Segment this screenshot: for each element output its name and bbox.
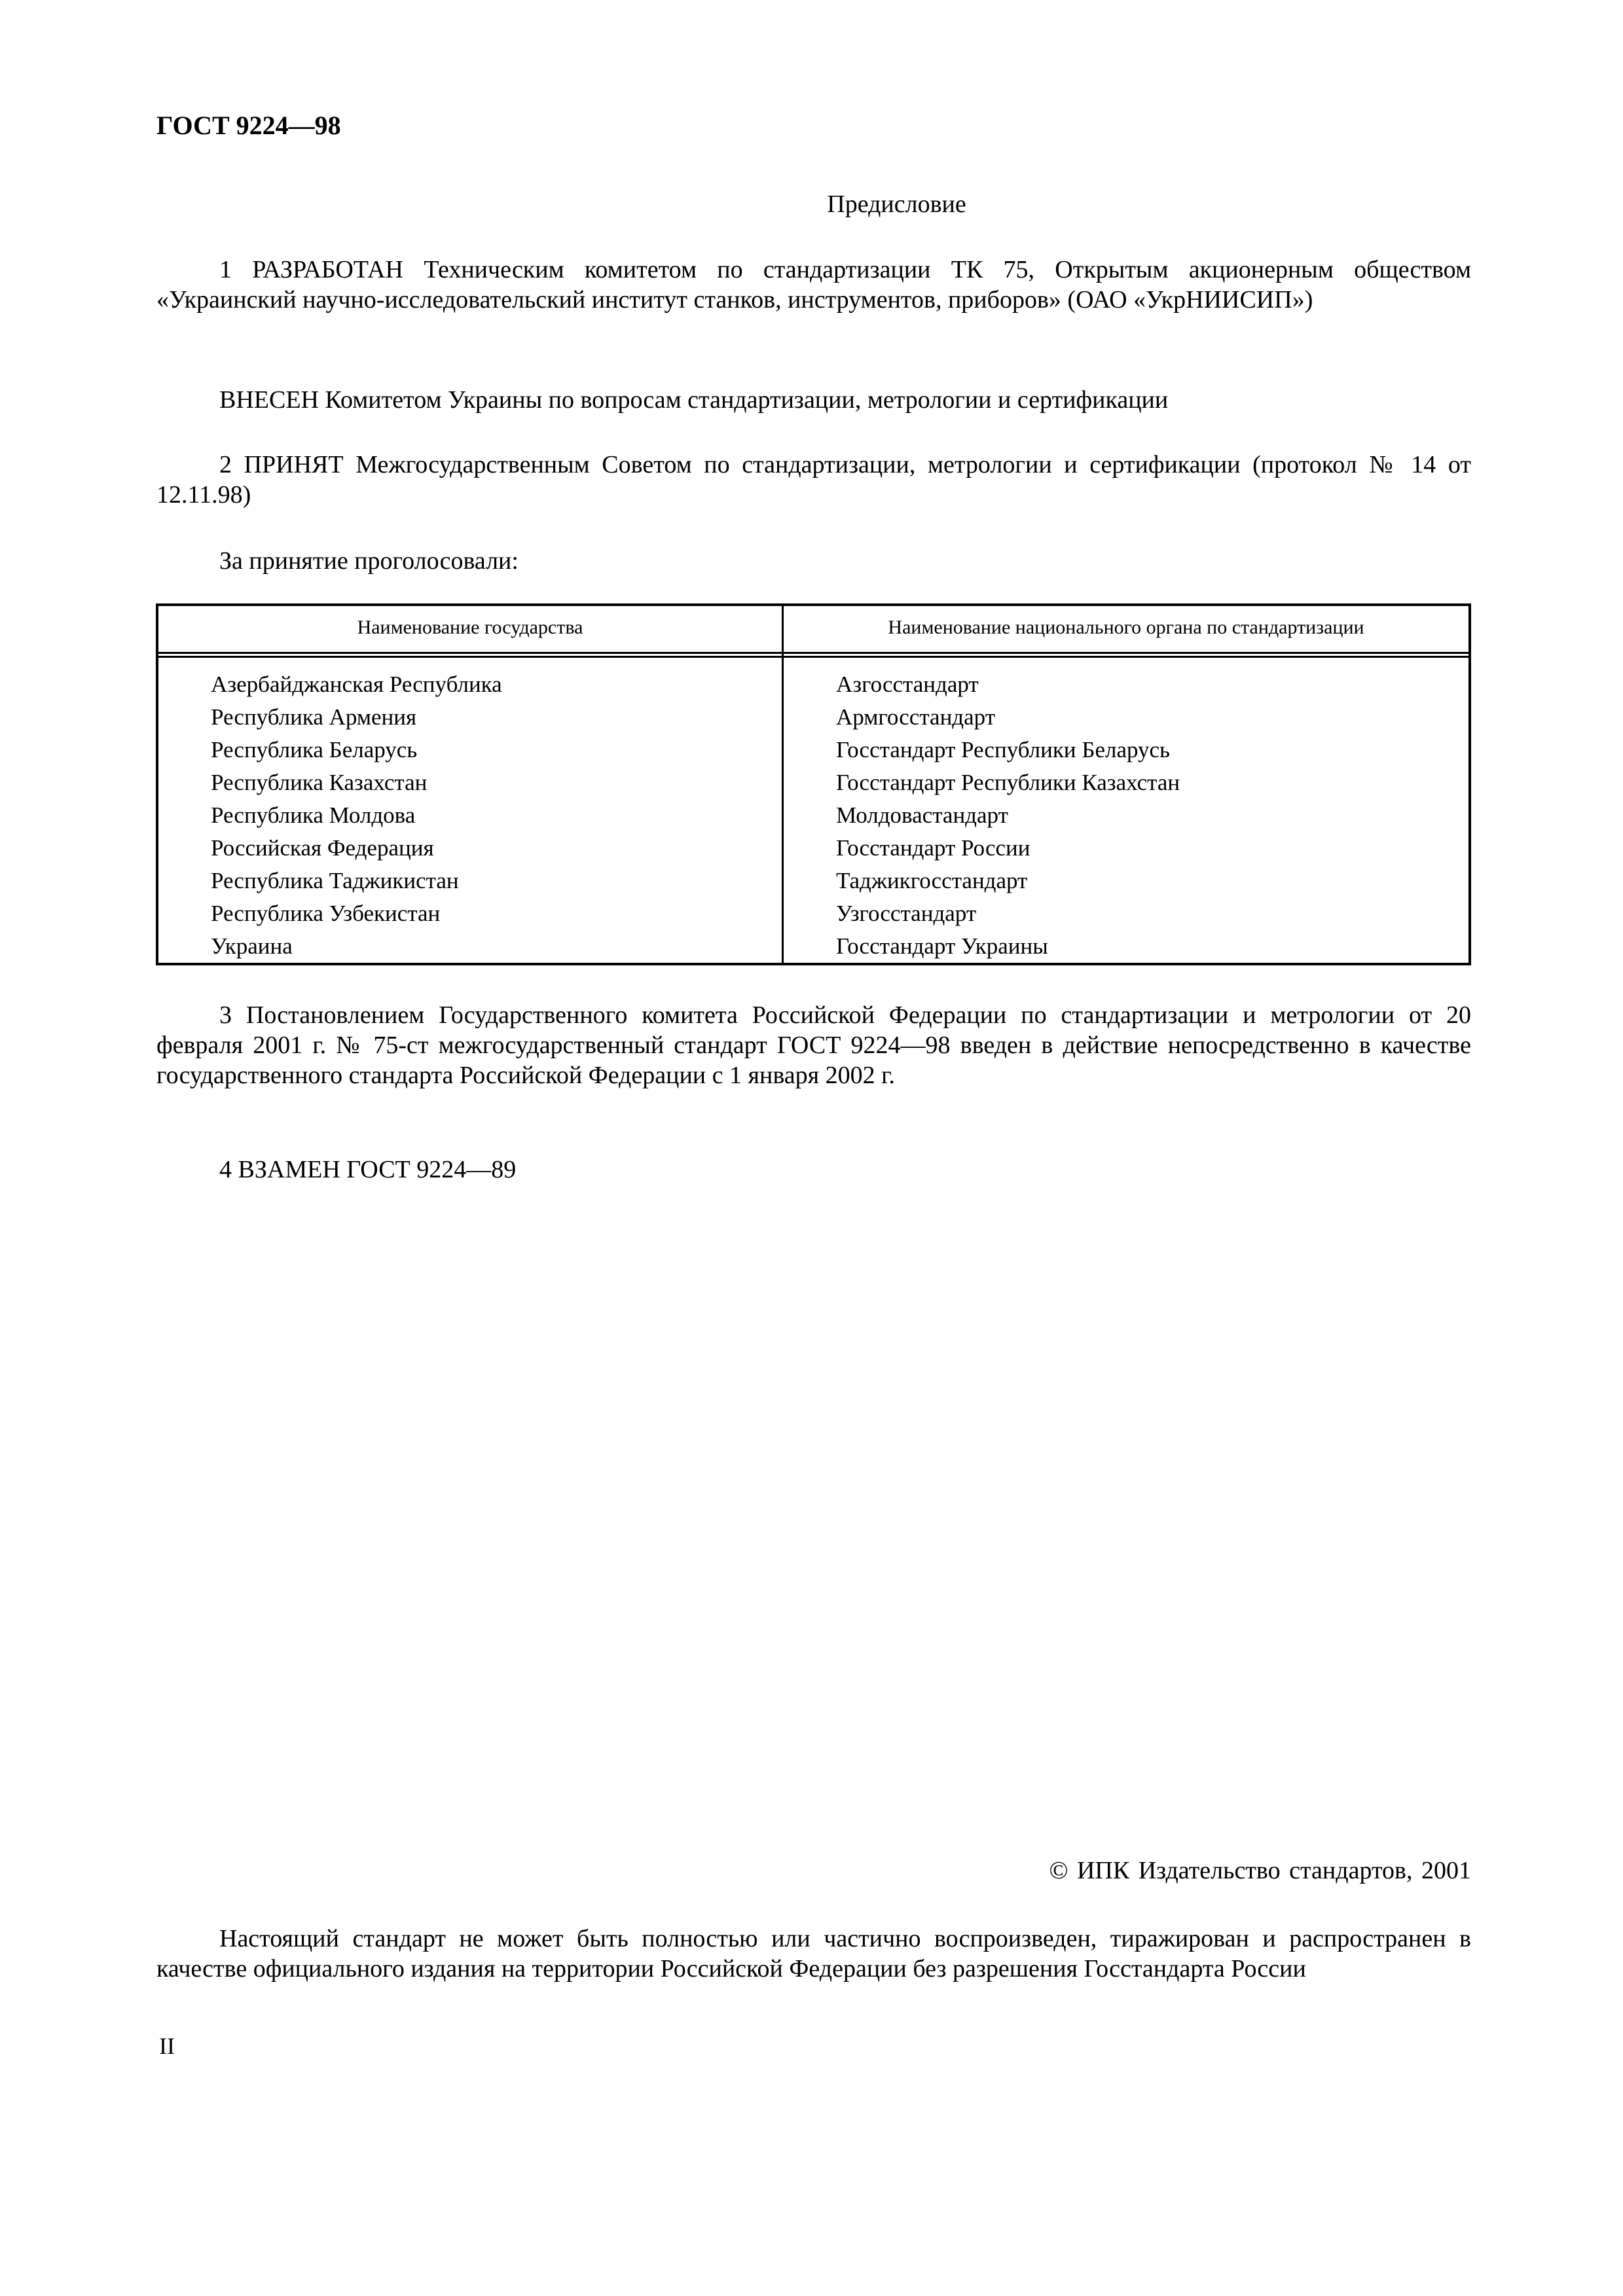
paragraph-enacted: 3 Постановлением Государственного комите… xyxy=(156,1000,1471,1090)
table-body: Азербайджанская РеспубликаАзгосстандартР… xyxy=(158,668,1468,963)
table-row: Республика КазахстанГосстандарт Республи… xyxy=(158,766,1468,799)
state-name: Российская Федерация xyxy=(211,832,434,865)
voting-states-table: Наименование государства Наименование на… xyxy=(156,603,1471,965)
state-name: Республика Армения xyxy=(211,701,416,734)
copyright-notice: © ИПК Издательство стандартов, 2001 xyxy=(1049,1856,1471,1885)
table-row: УкраинаГосстандарт Украины xyxy=(158,930,1468,963)
page-number: II xyxy=(159,2032,175,2060)
table-row: Азербайджанская РеспубликаАзгосстандарт xyxy=(158,668,1468,701)
state-name: Украина xyxy=(211,930,293,963)
table-header-standards-body: Наименование национального органа по ста… xyxy=(784,617,1468,639)
standards-body-name: Госстандарт Республики Казахстан xyxy=(836,766,1180,799)
state-name: Республика Узбекистан xyxy=(211,897,440,930)
standards-body-name: Азгосстандарт xyxy=(836,668,979,701)
reproduction-notice: Настоящий стандарт не может быть полност… xyxy=(156,1924,1471,1984)
standards-body-name: Таджикгосстандарт xyxy=(836,865,1027,897)
state-name: Республика Таджикистан xyxy=(211,865,459,897)
state-name: Республика Казахстан xyxy=(211,766,427,799)
standards-body-name: Молдовастандарт xyxy=(836,799,1008,832)
table-row: Республика УзбекистанУзгосстандарт xyxy=(158,897,1468,930)
table-row: Республика МолдоваМолдовастандарт xyxy=(158,799,1468,832)
standards-body-name: Госстандарт Республики Беларусь xyxy=(836,734,1170,766)
state-name: Республика Молдова xyxy=(211,799,415,832)
preface-title: Предисловие xyxy=(0,190,1623,219)
table-row: Российская ФедерацияГосстандарт России xyxy=(158,832,1468,865)
standards-body-name: Армгосстандарт xyxy=(836,701,995,734)
table-row: Республика АрменияАрмгосстандарт xyxy=(158,701,1468,734)
standards-body-name: Госстандарт России xyxy=(836,832,1030,865)
paragraph-replaces: 4 ВЗАМЕН ГОСТ 9224—89 xyxy=(156,1155,1471,1185)
table-header: Наименование государства Наименование на… xyxy=(158,606,1468,654)
paragraph-developed-by: 1 РАЗРАБОТАН Техническим комитетом по ст… xyxy=(156,255,1471,315)
table-row: Республика ТаджикистанТаджикгосстандарт xyxy=(158,865,1468,897)
state-name: Азербайджанская Республика xyxy=(211,668,502,701)
paragraph-submitted-by: ВНЕСЕН Комитетом Украины по вопросам ста… xyxy=(156,385,1471,415)
table-row: Республика БеларусьГосстандарт Республик… xyxy=(158,734,1468,766)
table-header-state: Наименование государства xyxy=(158,617,782,639)
state-name: Республика Беларусь xyxy=(211,734,417,766)
paragraph-voted-for: За принятие проголосовали: xyxy=(156,546,1471,576)
standards-body-name: Госстандарт Украины xyxy=(836,930,1048,963)
document-page: ГОСТ 9224—98 Предисловие 1 РАЗРАБОТАН Те… xyxy=(0,0,1623,2296)
standards-body-name: Узгосстандарт xyxy=(836,897,976,930)
paragraph-adopted-by: 2 ПРИНЯТ Межгосударственным Советом по с… xyxy=(156,450,1471,510)
document-code-header: ГОСТ 9224—98 xyxy=(156,110,341,141)
